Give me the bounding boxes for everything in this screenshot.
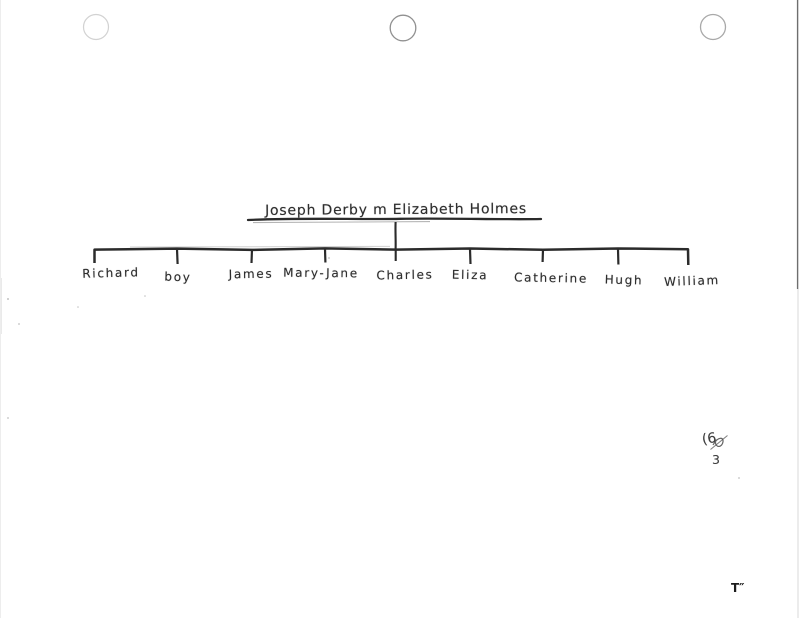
child-name-mary-jane: Mary-Jane [283, 266, 359, 281]
child-name-hugh: Hugh [604, 272, 643, 287]
page-number-note: 3 [712, 452, 720, 467]
hole-punch-right-icon [701, 15, 726, 40]
child-name-richard: Richard [82, 265, 140, 280]
sibling-bar [95, 248, 689, 265]
scan-artwork [0, 0, 800, 618]
parents-label: Joseph Derby m Elizabeth Holmes [249, 201, 543, 219]
child-name-charles: Charles [376, 268, 433, 283]
crossed-out-number-note: (6 [701, 430, 717, 448]
corner-mark: T″ [731, 581, 745, 595]
tick-boy [177, 249, 178, 264]
paper-specks [7, 257, 740, 479]
child-name-james: James [229, 267, 274, 282]
scanned-page: Joseph Derby m Elizabeth Holmes Richard … [0, 0, 800, 618]
parents-underline [248, 219, 541, 220]
child-name-boy: boy [164, 270, 192, 285]
sibling-bar-retrace [130, 246, 390, 247]
parents-underline-double [253, 222, 430, 223]
hole-punch-left-icon [84, 15, 109, 40]
hole-punch-middle-icon [390, 15, 416, 41]
tick-james [252, 249, 253, 263]
child-name-eliza: Eliza [452, 268, 489, 283]
child-name-catherine: Catherine [514, 270, 588, 285]
tick-eliza [470, 249, 471, 264]
child-name-william: William [664, 273, 720, 289]
